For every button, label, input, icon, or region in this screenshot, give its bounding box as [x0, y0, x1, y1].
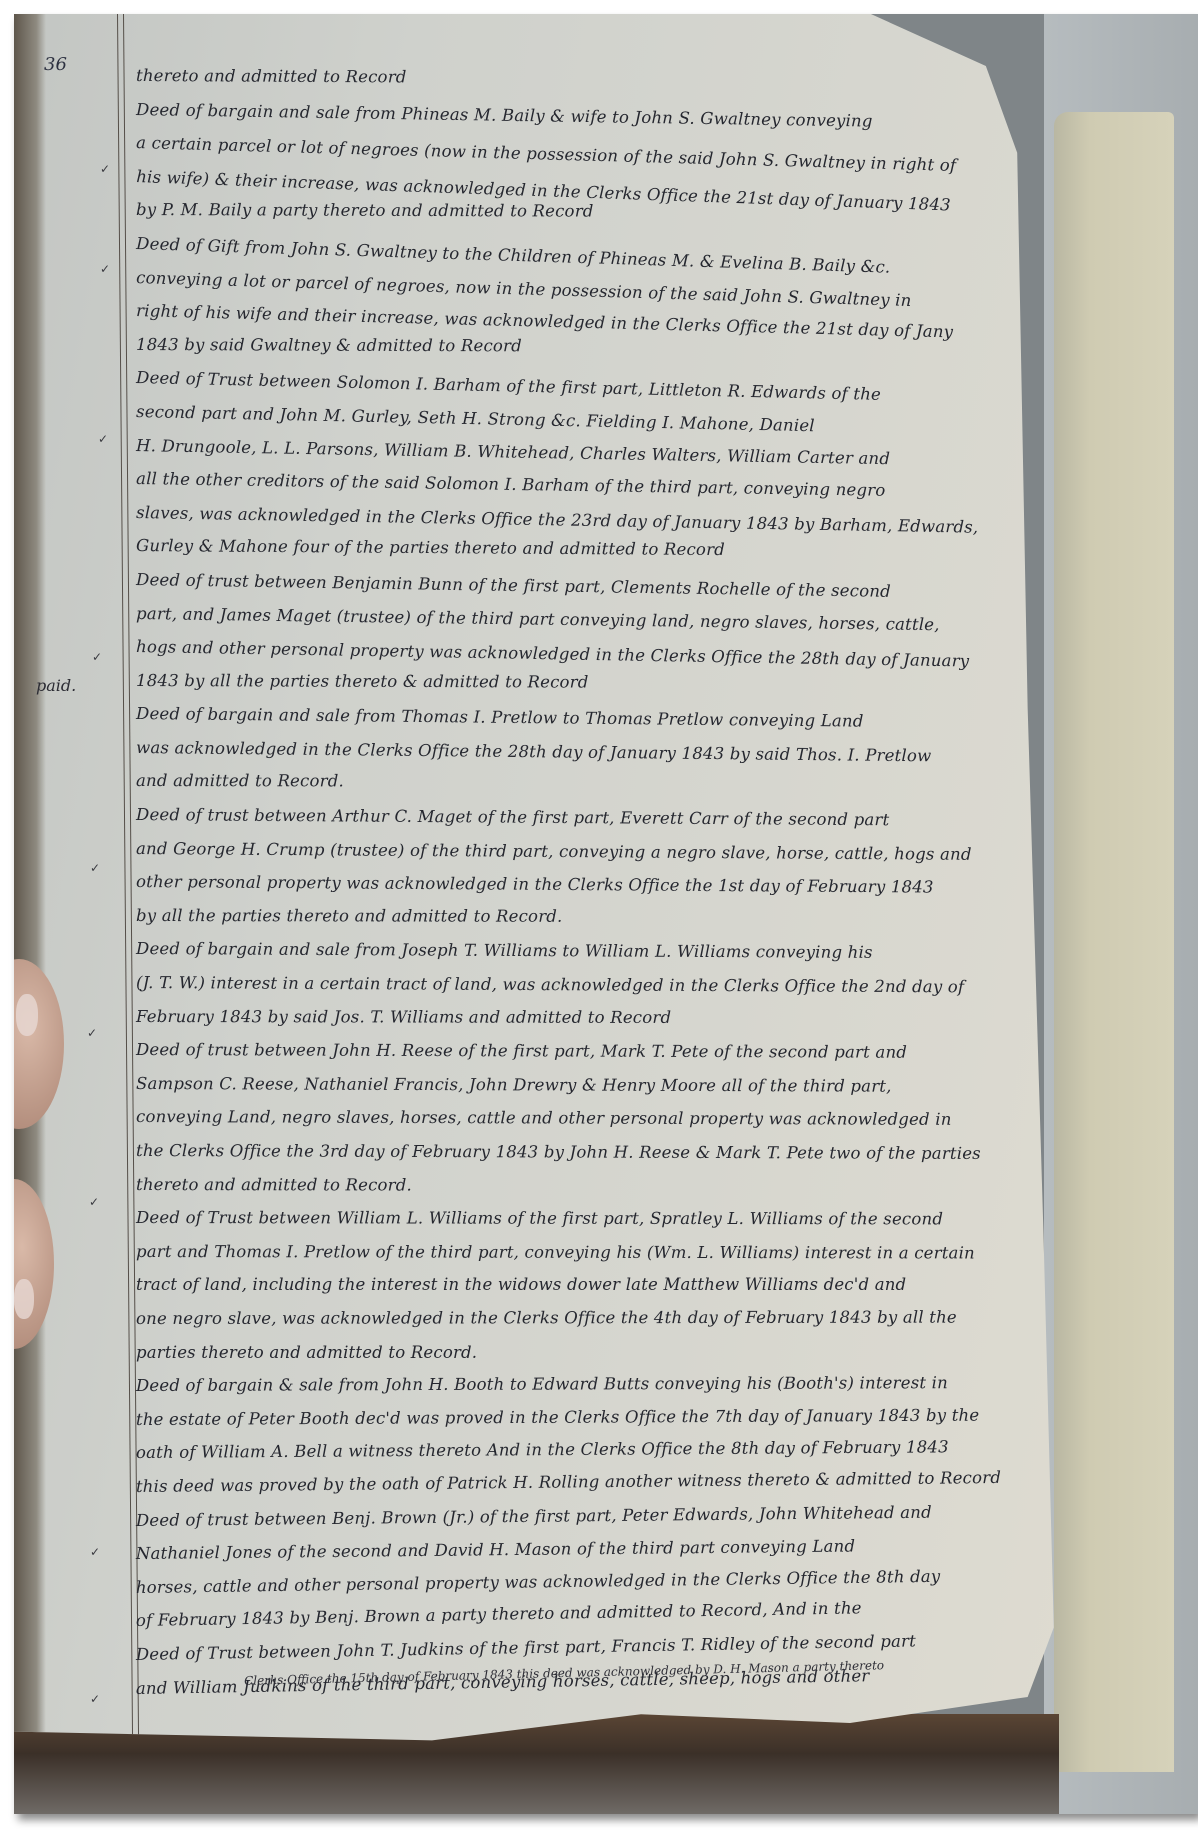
check-mark-icon: ✓	[87, 1026, 97, 1040]
finger	[14, 1179, 54, 1349]
line-text: oath of William A. Bell a witness theret…	[136, 1438, 949, 1463]
text-line: (J. T. W.) interest in a certain tract o…	[136, 973, 1056, 1011]
text-line: February 1843 by said Jos. T. Williams a…	[136, 1007, 1056, 1042]
line-text: Deed of bargain and sale from Joseph T. …	[136, 939, 873, 962]
line-text: Deed of bargain & sale from John H. Boot…	[136, 1373, 948, 1395]
line-text: Gurley & Mahone four of the parties ther…	[136, 536, 725, 559]
check-mark-icon: ✓	[90, 1545, 100, 1559]
deed-entries: thereto and admitted to Record Deed of b…	[136, 66, 1056, 1712]
line-text: (J. T. W.) interest in a certain tract o…	[136, 973, 964, 996]
line-text: Deed of Trust between Solomon I. Barham …	[136, 368, 881, 404]
text-line: one negro slave, was acknowledged in the…	[136, 1307, 1056, 1342]
line-text: thereto and admitted to Record	[136, 66, 407, 86]
line-text: Deed of bargain and sale from Thomas I. …	[136, 704, 864, 731]
line-text: other personal property was acknowledged…	[136, 872, 934, 897]
check-mark-icon: ✓	[100, 162, 110, 176]
line-text: Deed of Gift from John S. Gwaltney to th…	[136, 234, 891, 277]
ledger-page: 36 paid. ✓ ✓ ✓ ✓ ✓ ✓ ✓ ✓ ✓ thereto and a…	[14, 14, 1059, 1749]
text-line: thereto and admitted to Record.	[136, 1175, 1056, 1210]
fingernail	[14, 1279, 34, 1319]
line-text: Deed of Trust between William L. William…	[136, 1208, 943, 1228]
text-line: parties thereto and admitted to Record.	[136, 1343, 1056, 1377]
fingernail	[16, 994, 38, 1036]
text-line: 1843 by said Gwaltney & admitted to Reco…	[136, 335, 1056, 372]
text-line: Sampson C. Reese, Nathaniel Francis, Joh…	[136, 1074, 1056, 1111]
document-photo: 36 paid. ✓ ✓ ✓ ✓ ✓ ✓ ✓ ✓ ✓ thereto and a…	[14, 14, 1198, 1814]
line-text: one negro slave, was acknowledged in the…	[136, 1308, 957, 1328]
page-number: 36	[44, 54, 67, 75]
text-line: Deed of bargain and sale from Joseph T. …	[136, 939, 1056, 977]
text-line: Deed of bargain & sale from John H. Boot…	[136, 1373, 1056, 1410]
text-line: tract of land, including the interest in…	[136, 1275, 1056, 1309]
line-text: 1843 by said Gwaltney & admitted to Reco…	[136, 335, 522, 355]
line-text: February 1843 by said Jos. T. Williams a…	[136, 1007, 671, 1027]
check-mark-icon: ✓	[98, 432, 108, 446]
text-line: thereto and admitted to Record	[136, 66, 1056, 104]
line-text: parties thereto and admitted to Record.	[136, 1343, 477, 1362]
line-text: Sampson C. Reese, Nathaniel Francis, Joh…	[136, 1074, 892, 1096]
line-text: the Clerks Office the 3rd day of Februar…	[136, 1141, 981, 1163]
text-line: by P. M. Baily a party thereto and admit…	[136, 200, 1056, 237]
text-line: the Clerks Office the 3rd day of Februar…	[136, 1141, 1056, 1178]
underlying-page	[1054, 112, 1174, 1772]
check-mark-icon: ✓	[92, 650, 102, 664]
line-text: and admitted to Record.	[136, 771, 344, 790]
line-text: 1843 by all the parties thereto & admitt…	[136, 671, 589, 692]
check-mark-icon: ✓	[90, 1692, 100, 1706]
line-text: by all the parties thereto and admitted …	[136, 906, 563, 926]
line-text: Deed of trust between Benjamin Bunn of t…	[136, 570, 891, 601]
line-text: part and Thomas I. Pretlow of the third …	[136, 1242, 975, 1262]
line-text: Deed of trust between John H. Reese of t…	[136, 1040, 907, 1062]
finger	[14, 959, 64, 1129]
check-mark-icon: ✓	[89, 1195, 99, 1209]
line-text: the estate of Peter Booth dec'd was prov…	[136, 1405, 979, 1428]
text-line: part and Thomas I. Pretlow of the third …	[136, 1242, 1056, 1277]
text-line: 1843 by all the parties thereto & admitt…	[136, 671, 1056, 708]
line-text: thereto and admitted to Record.	[136, 1175, 412, 1194]
check-mark-icon: ✓	[90, 861, 100, 875]
line-text: conveying Land, negro slaves, horses, ca…	[136, 1107, 952, 1129]
binding-shadow	[14, 14, 46, 1749]
line-text: Deed of trust between Arthur C. Maget of…	[136, 805, 889, 829]
text-line: by all the parties thereto and admitted …	[136, 906, 1056, 941]
text-line: conveying Land, negro slaves, horses, ca…	[136, 1107, 1056, 1144]
text-line: Deed of trust between John H. Reese of t…	[136, 1040, 1056, 1077]
line-text: Deed of bargain and sale from Phineas M.…	[136, 100, 873, 131]
line-text: tract of land, including the interest in…	[136, 1275, 906, 1294]
line-text: by P. M. Baily a party thereto and admit…	[136, 200, 594, 221]
text-line: Deed of Trust between William L. William…	[136, 1208, 1056, 1243]
check-mark-icon: ✓	[100, 262, 110, 276]
text-line: Gurley & Mahone four of the parties ther…	[136, 536, 1056, 576]
text-line: and admitted to Record.	[136, 771, 1056, 806]
margin-note-paid: paid.	[36, 676, 76, 695]
